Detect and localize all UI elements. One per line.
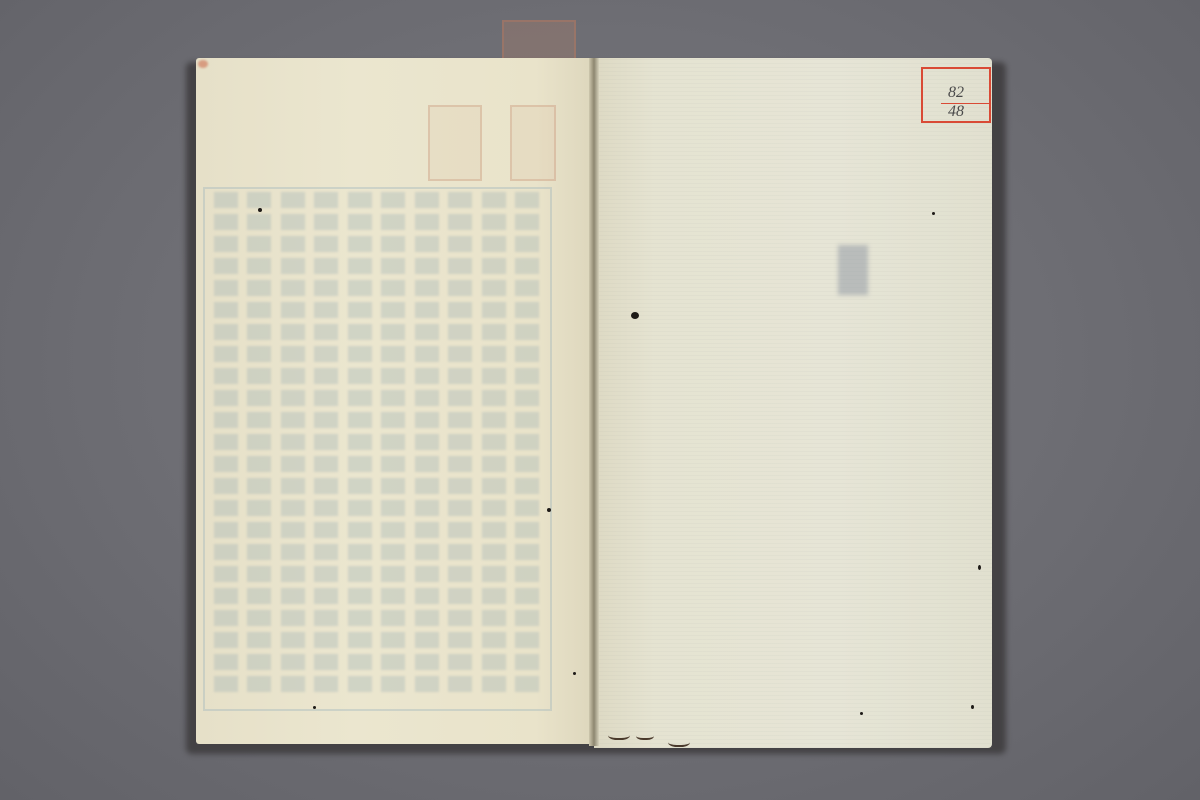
- ink-spot: [573, 672, 576, 675]
- ink-spot: [631, 312, 639, 319]
- text-column: [515, 192, 539, 692]
- smudge: [838, 245, 868, 295]
- stamp-number-bottom: 48: [948, 103, 964, 121]
- book-gutter: [589, 58, 599, 746]
- seal-ghost-right: [510, 105, 556, 181]
- ink-spot: [978, 565, 981, 570]
- stamp-header: 𠩶中読: [927, 70, 930, 86]
- wormhole-damage: [668, 735, 690, 747]
- ink-spot: [258, 208, 262, 212]
- wormhole-damage: [608, 728, 630, 740]
- text-column: [314, 192, 338, 692]
- stamp-number-top: 82: [948, 84, 964, 102]
- library-call-number-stamp: 𠩶中読 82 48: [921, 67, 991, 123]
- bleed-through-text: [214, 192, 539, 692]
- text-column: [381, 192, 405, 692]
- text-column: [415, 192, 439, 692]
- text-column: [247, 192, 271, 692]
- wormhole-damage: [636, 730, 654, 740]
- corner-stain: [198, 60, 208, 68]
- right-page: [594, 58, 992, 748]
- text-column: [214, 192, 238, 692]
- ink-spot: [860, 712, 863, 715]
- text-column: [448, 192, 472, 692]
- ink-spot: [932, 212, 935, 215]
- seal-ghost-left: [428, 105, 482, 181]
- text-column: [348, 192, 372, 692]
- ink-spot: [547, 508, 551, 512]
- ink-spot: [313, 706, 316, 709]
- text-column: [482, 192, 506, 692]
- ink-spot: [971, 705, 974, 709]
- text-column: [281, 192, 305, 692]
